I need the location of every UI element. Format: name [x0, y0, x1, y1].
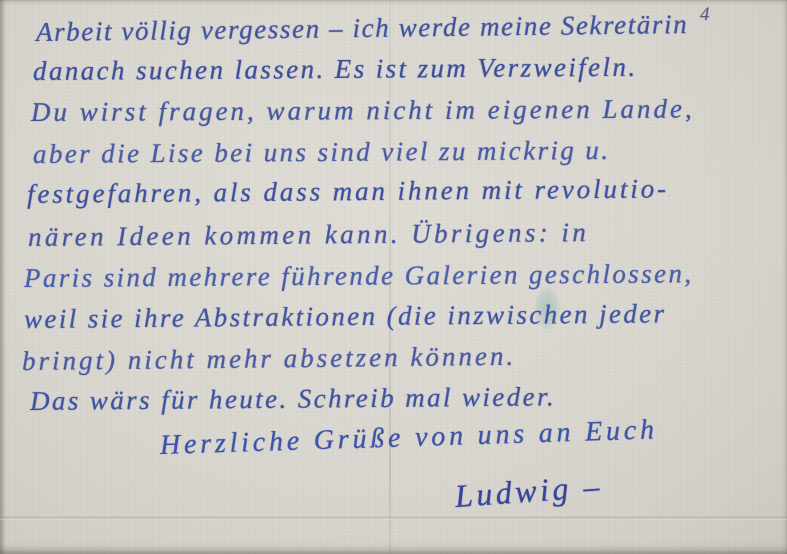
- closing-greeting-line: Herzliche Grüße von uns an Euch: [159, 414, 658, 462]
- page-number-text: 4: [700, 4, 710, 25]
- page-number: 4: [700, 4, 710, 26]
- handwritten-line-4: aber die Lise bei uns sind viel zu mickr…: [33, 135, 611, 170]
- handwritten-line-8: weil sie ihre Abstraktionen (die inzwisc…: [24, 298, 667, 335]
- signature: Ludwig –: [454, 468, 604, 515]
- handwritten-line-10: Das wärs für heute. Schreib mal wieder.: [30, 381, 556, 417]
- handwritten-line-9: bringt) nicht mehr absetzen können.: [22, 341, 516, 377]
- scanned-letter-page: 4 Arbeit völlig vergessen – ich werde me…: [0, 0, 787, 554]
- handwritten-line-6: nären Ideen kommen kann. Übrigens: in: [28, 217, 589, 253]
- horizontal-fold-crease: [0, 516, 787, 520]
- handwritten-line-3: Du wirst fragen, warum nicht im eigenen …: [31, 94, 695, 128]
- handwritten-line-5: festgefahren, als dass man ihnen mit rev…: [27, 173, 669, 210]
- handwritten-line-7: Paris sind mehrere führende Galerien ges…: [24, 258, 694, 294]
- handwritten-line-1: Arbeit völlig vergessen – ich werde mein…: [36, 9, 689, 48]
- handwritten-line-2: danach suchen lassen. Es ist zum Verzwei…: [33, 52, 638, 87]
